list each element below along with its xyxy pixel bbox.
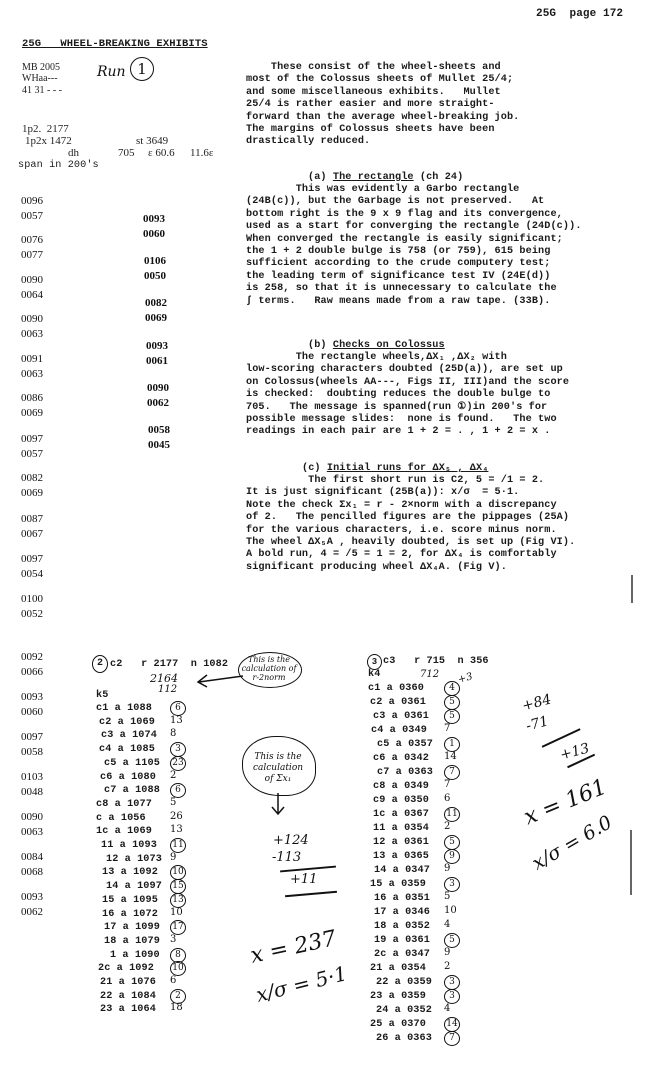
note-mb: MB 2005: [22, 62, 60, 73]
table-row: 17 a 1099: [104, 922, 160, 933]
score-value: 0069: [21, 407, 43, 420]
score-value: 0060: [21, 706, 43, 719]
score-value: 0084: [21, 851, 43, 864]
circled-pippage: 7: [444, 1031, 460, 1046]
table-row: 22 a 0359: [376, 977, 432, 988]
section-c-heading: (c) Initial runs for ΔX₅ , ΔX₄: [302, 463, 488, 474]
intro-line: forward than the average wheel-breaking …: [246, 112, 519, 124]
table-row: c2 a 0361: [370, 697, 426, 708]
margin-line: [630, 830, 632, 895]
run-2-header: c2 r 2177 n 1082: [110, 659, 228, 670]
run-3-number: 3: [367, 654, 382, 670]
section-a-line: the leading term of significance test IV…: [246, 271, 582, 283]
score-value: 0067: [21, 528, 43, 541]
note-dh: dh: [68, 147, 79, 159]
run-2-x-value: x = 237: [248, 926, 338, 969]
score-value: 0090: [147, 382, 169, 395]
table-row: 14 a 0347: [374, 865, 430, 876]
table-row: c1 a 0360: [368, 683, 424, 694]
run-number-circle: 1: [130, 57, 154, 81]
pippage: 6: [170, 975, 176, 986]
section-b-heading: (b) Checks on Colossus: [308, 340, 445, 351]
section-b-line: The rectangle wheels,ΔX₁ ,ΔX₂ with: [246, 352, 569, 364]
score-value: 0097: [21, 553, 43, 566]
section-c-body: The first short run is C2, 5 = /1 = 2.It…: [246, 475, 575, 574]
circled-pippage: 5: [444, 709, 460, 724]
table-row: 11 a 1093: [101, 840, 157, 851]
table-row: 19 a 0361: [374, 935, 430, 946]
table-row: c6 a 0342: [373, 753, 429, 764]
score-value: 0092: [21, 651, 43, 664]
section-c-label: (c): [302, 463, 321, 474]
section-c-line: It is just significant (25B(a)): x/σ = 5…: [246, 487, 575, 499]
pippage: 3: [170, 934, 176, 945]
table-row: 13 a 0365: [373, 851, 429, 862]
score-value: 0093: [143, 213, 165, 226]
circled-pippage: 9: [444, 849, 460, 864]
table-row: c8 a 0349: [373, 781, 429, 792]
score-value: 0096: [21, 195, 43, 208]
section-c-line: of 2. The pencilled figures are the pipp…: [246, 512, 575, 524]
table-row: 18 a 0352: [374, 921, 430, 932]
table-row: 22 a 1084: [100, 991, 156, 1002]
run-3-sum-minus: -71: [524, 713, 550, 734]
score-value: 0103: [21, 771, 43, 784]
circled-pippage: 14: [444, 1017, 460, 1032]
section-a-line: is 258, so that it is unnecessary to cal…: [246, 283, 582, 295]
score-value: 0093: [21, 891, 43, 904]
table-row: 18 a 1079: [104, 936, 160, 947]
section-title: 25G WHEEL-BREAKING EXHIBITS: [22, 38, 208, 50]
section-a-line: sufficient according to the crude comput…: [246, 258, 582, 270]
pippage: 8: [170, 728, 176, 739]
score-value: 0057: [21, 210, 43, 223]
section-a-label: (a): [308, 172, 327, 183]
pippage: 7: [444, 723, 450, 734]
run-label: Run: [97, 64, 126, 80]
run-2-note-mid: This is the calculation of Σx₁: [252, 752, 304, 785]
circled-pippage: 5: [444, 933, 460, 948]
pippage: 5: [170, 797, 176, 808]
table-row: c2 a 1069: [99, 717, 155, 728]
score-value: 0050: [144, 270, 166, 283]
circled-pippage: 3: [170, 742, 186, 757]
run-3-subtotal-right: +3: [457, 671, 474, 685]
score-value: 0058: [21, 746, 43, 759]
pippage: 14: [444, 751, 457, 762]
run-2-subtotal-bottom: 112: [158, 684, 177, 695]
section-b-body: The rectangle wheels,ΔX₁ ,ΔX₂ withlow-sc…: [246, 352, 569, 439]
run-2-sum-result: +11: [290, 872, 317, 887]
run-2-sum-minus: -113: [272, 850, 301, 865]
score-value: 0069: [145, 312, 167, 325]
pippage: 9: [444, 863, 450, 874]
section-c-line: significant producing wheel ΔX₄A. (Fig V…: [246, 562, 575, 574]
sum-rule: [285, 891, 337, 897]
table-row: c1 a 1088: [96, 703, 152, 714]
pippage: 5: [444, 891, 450, 902]
score-value: 0063: [21, 368, 43, 381]
table-row: c9 a 0350: [373, 795, 429, 806]
table-row: 1 a 1090: [110, 950, 160, 961]
score-value: 0062: [147, 397, 169, 410]
intro-line: drastically reduced.: [246, 136, 519, 148]
table-row: 13 a 1092: [102, 867, 158, 878]
section-b-line: is checked: doubting reduces the double …: [246, 389, 569, 401]
section-a-line: (24B(c)), but the Garbage is not preserv…: [246, 196, 582, 208]
score-value: 0069: [21, 487, 43, 500]
score-value: 0060: [143, 228, 165, 241]
score-value: 0068: [21, 866, 43, 879]
note-dh-value: 705: [118, 147, 135, 159]
circled-pippage: 11: [444, 807, 460, 822]
section-a-heading: (a) The rectangle (ch 24): [308, 172, 463, 183]
circled-pippage: 3: [444, 975, 460, 990]
table-row: c7 a 0363: [377, 767, 433, 778]
pippage: 6: [444, 793, 450, 804]
section-c-line: Note the check Σx₁ = r - 2×norm with a d…: [246, 500, 575, 512]
table-row: c5 a 1105: [104, 758, 160, 769]
table-row: c3 a 0361: [373, 711, 429, 722]
table-row: c4 a 1085: [99, 744, 155, 755]
table-row: 16 a 1072: [102, 909, 158, 920]
table-row: 23 a 1064: [100, 1004, 156, 1015]
score-value: 0076: [21, 234, 43, 247]
score-value: 0087: [21, 513, 43, 526]
run-2-k: k5: [96, 690, 108, 701]
score-value: 0097: [21, 433, 43, 446]
table-row: 11 a 0354: [373, 823, 429, 834]
score-value: 0090: [21, 811, 43, 824]
table-row: 21 a 0354: [370, 963, 426, 974]
score-value: 0090: [21, 313, 43, 326]
circled-pippage: 1: [444, 737, 460, 752]
section-a-line: used as a start for converging the recta…: [246, 221, 582, 233]
table-row: 1c a 1069: [96, 826, 152, 837]
score-value: 0058: [148, 424, 170, 437]
section-b-line: low-scoring characters doubted (25D(a)),…: [246, 364, 569, 376]
score-value: 0062: [21, 906, 43, 919]
pippage: 10: [170, 907, 183, 918]
table-row: c8 a 1077: [96, 799, 152, 810]
section-b-line: possible message slides: none is found. …: [246, 414, 569, 426]
pippage: 9: [444, 947, 450, 958]
note-lp2x: 1p2x 1472: [25, 135, 72, 147]
score-value: 0091: [21, 353, 43, 366]
score-value: 0057: [21, 448, 43, 461]
section-a-line: bottom right is the 9 x 9 flag and its c…: [246, 209, 582, 221]
note-span: span in 200's: [18, 160, 99, 171]
table-row: c a 1056: [96, 813, 146, 824]
score-value: 0097: [21, 731, 43, 744]
section-a-body: This was evidently a Garbo rectangle(24B…: [246, 184, 582, 308]
intro-line: most of the Colossus sheets of Mullet 25…: [246, 74, 519, 86]
score-value: 0045: [148, 439, 170, 452]
section-a-line: the 1 + 2 double bulge is 758 (or 759), …: [246, 246, 582, 258]
section-c-title: Initial runs for ΔX₅ , ΔX₄: [327, 463, 489, 474]
pippage: 4: [444, 919, 450, 930]
run-3-subtotal-top: 712: [420, 669, 439, 680]
section-b-title: Checks on Colossus: [333, 340, 445, 351]
pippage: 18: [170, 1002, 183, 1013]
intro-line: These consist of the wheel-sheets and: [246, 62, 519, 74]
section-c-line: The first short run is C2, 5 = /1 = 2.: [246, 475, 575, 487]
run-2-number: 2: [92, 655, 108, 673]
note-dh-e1: ε 60.6: [148, 147, 175, 159]
section-a-line: This was evidently a Garbo rectangle: [246, 184, 582, 196]
note-lp2: 1p2. 2177: [22, 123, 69, 135]
section-c-line: A bold run, 4 = /5 = 1 = 2, for ΔX₄ is c…: [246, 549, 575, 561]
circled-pippage: 15: [170, 879, 186, 894]
circled-pippage: 5: [444, 695, 460, 710]
circled-pippage: 3: [444, 877, 460, 892]
table-row: 12 a 1073: [106, 854, 162, 865]
pippage: 13: [170, 824, 183, 835]
score-value: 0086: [21, 392, 43, 405]
pippage: 2: [170, 770, 176, 781]
score-value: 0100: [21, 593, 43, 606]
table-row: 12 a 0361: [373, 837, 429, 848]
section-b-label: (b): [308, 340, 327, 351]
pippage: 10: [444, 905, 457, 916]
table-row: 26 a 0363: [376, 1033, 432, 1044]
score-value: 0052: [21, 608, 43, 621]
score-value: 0093: [146, 340, 168, 353]
run-3-k: k4: [368, 669, 380, 680]
section-c-line: The wheel ΔX₅A , heavily doubted, is set…: [246, 537, 575, 549]
note-wheels: WHaa---: [22, 73, 58, 84]
circled-pippage: 7: [444, 765, 460, 780]
circled-pippage: 3: [444, 989, 460, 1004]
section-b-line: on Colossus(wheels AA---, Figs II, III)a…: [246, 377, 569, 389]
score-value: 0061: [146, 355, 168, 368]
table-row: 2c a 1092: [98, 963, 154, 974]
score-value: 0066: [21, 666, 43, 679]
pippage: 7: [444, 779, 450, 790]
table-row: c6 a 1080: [100, 772, 156, 783]
table-row: 23 a 0359: [370, 991, 426, 1002]
table-row: 17 a 0346: [374, 907, 430, 918]
section-b-line: 705. The message is spanned(run ①)in 200…: [246, 402, 569, 414]
table-row: 25 a 0370: [370, 1019, 426, 1030]
intro-line: and some miscellaneous exhibits. Mullet: [246, 87, 519, 99]
table-row: 21 a 1076: [100, 977, 156, 988]
note-41-31: 41 31 - - -: [22, 85, 62, 96]
run-3-sum-plus: +84: [520, 691, 553, 714]
run-2-note-top: This is the calculation of r-2norm: [240, 655, 298, 682]
section-a-line: When converged the rectangle is easily s…: [246, 234, 582, 246]
section-a-suffix: (ch 24): [414, 172, 464, 183]
score-value: 0077: [21, 249, 43, 262]
table-row: 15 a 1095: [102, 895, 158, 906]
score-value: 0063: [21, 328, 43, 341]
down-arrow-icon: [268, 793, 288, 817]
score-value: 0054: [21, 568, 43, 581]
table-row: 14 a 1097: [106, 881, 162, 892]
sum-rule: [280, 866, 336, 872]
table-row: 24 a 0352: [376, 1005, 432, 1016]
note-st: st 3649: [136, 135, 168, 147]
intro-line: 25/4 is rather easier and more straight-: [246, 99, 519, 111]
table-row: c4 a 0349: [371, 725, 427, 736]
table-row: c7 a 1088: [104, 785, 160, 796]
pippage: 4: [444, 1003, 450, 1014]
section-c-line: for the various characters, i.e. score m…: [246, 525, 575, 537]
run-3-sum-result: +13: [558, 740, 591, 763]
pippage: 9: [170, 852, 176, 863]
score-value: 0063: [21, 826, 43, 839]
score-value: 0106: [144, 255, 166, 268]
table-row: c5 a 0357: [377, 739, 433, 750]
table-row: 15 a 0359: [370, 879, 426, 890]
pippage: 26: [170, 811, 183, 822]
intro-line: The margins of Colossus sheets have been: [246, 124, 519, 136]
pippage: 13: [170, 715, 183, 726]
intro-paragraph: These consist of the wheel-sheets andmos…: [246, 62, 519, 149]
run-2-sum-plus: +124: [273, 833, 309, 848]
score-value: 0048: [21, 786, 43, 799]
pippage: 2: [444, 961, 450, 972]
score-value: 0082: [21, 472, 43, 485]
run-2-ratio: x/σ = 5·1: [253, 961, 349, 1007]
page-reference: 25G page 172: [536, 8, 623, 20]
table-row: 16 a 0351: [374, 893, 430, 904]
score-value: 0090: [21, 274, 43, 287]
note-dh-e2: 11.6ε: [190, 147, 213, 159]
table-row: 2c a 0347: [374, 949, 430, 960]
section-a-title: The rectangle: [333, 172, 414, 183]
run-3-header: c3 r 715 n 356: [383, 656, 489, 667]
table-row: 1c a 0367: [373, 809, 429, 820]
margin-line: [631, 575, 633, 603]
circled-pippage: 4: [444, 681, 460, 696]
pippage: 2: [444, 821, 450, 832]
score-value: 0082: [145, 297, 167, 310]
table-row: c3 a 1074: [101, 730, 157, 741]
score-value: 0064: [21, 289, 43, 302]
score-value: 0093: [21, 691, 43, 704]
circled-pippage: 5: [444, 835, 460, 850]
section-a-line: ʃ terms. Raw means made from a raw tape.…: [246, 296, 582, 308]
section-b-line: readings in each pair are 1 + 2 = . , 1 …: [246, 426, 569, 438]
